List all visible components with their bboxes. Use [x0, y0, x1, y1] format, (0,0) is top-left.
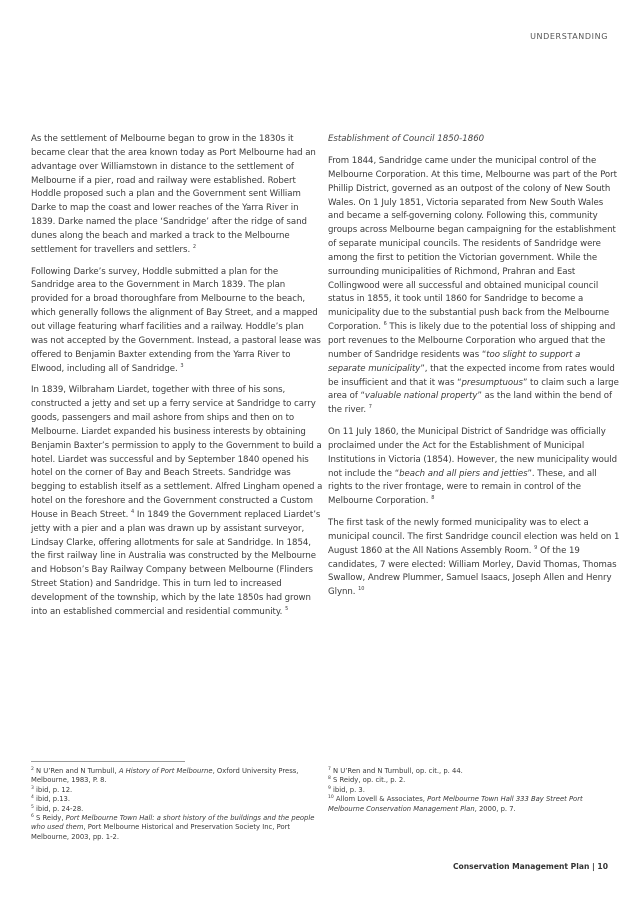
citation-title: A History of Port Melbourne	[119, 767, 213, 775]
footnote-text: Allom Lovell & Associates,	[334, 795, 427, 803]
section-label: UNDERSTANDING	[530, 32, 608, 41]
footnote: 5 ibid, p. 24-28.	[31, 805, 321, 814]
footnote-text: ibid, p. 24-28.	[34, 805, 83, 813]
right-column: Establishment of Council 1850-1860 From …	[328, 133, 620, 608]
paragraph-text: From 1844, Sandridge came under the muni…	[328, 156, 617, 332]
footnotes-left: 2 N U’Ren and N Turnbull, A History of P…	[31, 767, 321, 842]
paragraph: On 11 July 1860, the Municipal District …	[328, 426, 620, 509]
footnote: 4 ibid, p.13.	[31, 795, 321, 804]
paragraph-text: As the settlement of Melbourne began to …	[31, 134, 316, 255]
footnote-ref[interactable]: 7	[369, 404, 372, 410]
footnote: 2 N U’Ren and N Turnbull, A History of P…	[31, 767, 321, 786]
page-footer: Conservation Management Plan | 10	[453, 862, 608, 871]
quotation: beach and all piers and jetties	[399, 469, 527, 479]
footnote-ref[interactable]: 2	[193, 244, 196, 250]
paragraph-text: In 1839, Wilbraham Liardet, together wit…	[31, 385, 322, 520]
quotation: presumptuous	[462, 378, 523, 388]
footnote-text: S Reidy, op. cit., p. 2.	[331, 776, 405, 784]
footnote-ref[interactable]: 5	[285, 606, 288, 612]
footnote-text: ibid, p. 12.	[34, 786, 72, 794]
paragraph: From 1844, Sandridge came under the muni…	[328, 155, 620, 418]
footnote-text: N U’Ren and N Turnbull, op. cit., p. 44.	[331, 767, 463, 775]
paragraph: The first task of the newly formed munic…	[328, 517, 620, 600]
footnote: 8 S Reidy, op. cit., p. 2.	[328, 776, 618, 785]
footnote-ref[interactable]: 8	[431, 495, 434, 501]
footnote-text: ibid, p.13.	[34, 795, 70, 803]
paragraph-text: In 1849 the Government replaced Liardet’…	[31, 510, 320, 617]
footnote: 9 ibid, p. 3.	[328, 786, 618, 795]
footnote-text: S Reidy,	[34, 814, 66, 822]
footnote-text: N U’Ren and N Turnbull,	[34, 767, 119, 775]
footnote-text: , 2000, p. 7.	[475, 805, 516, 813]
footnote: 10 Allom Lovell & Associates, Port Melbo…	[328, 795, 618, 814]
footnote: 6 S Reidy, Port Melbourne Town Hall: a s…	[31, 814, 321, 842]
footnote-text: ibid, p. 3.	[331, 786, 365, 794]
footnote: 3 ibid, p. 12.	[31, 786, 321, 795]
left-column: As the settlement of Melbourne began to …	[31, 133, 323, 628]
footnote-ref[interactable]: 3	[180, 363, 183, 369]
paragraph-text: Following Darke’s survey, Hoddle submitt…	[31, 267, 321, 374]
quotation: valuable national property	[365, 391, 478, 401]
footnotes-right: 7 N U’Ren and N Turnbull, op. cit., p. 4…	[328, 767, 618, 814]
paragraph: In 1839, Wilbraham Liardet, together wit…	[31, 384, 323, 619]
paragraph: As the settlement of Melbourne began to …	[31, 133, 323, 258]
footnote: 7 N U’Ren and N Turnbull, op. cit., p. 4…	[328, 767, 618, 776]
paragraph: Following Darke’s survey, Hoddle submitt…	[31, 266, 323, 377]
footnote-divider	[31, 761, 185, 762]
section-subheading: Establishment of Council 1850-1860	[328, 133, 620, 146]
footnote-ref[interactable]: 10	[358, 586, 364, 592]
